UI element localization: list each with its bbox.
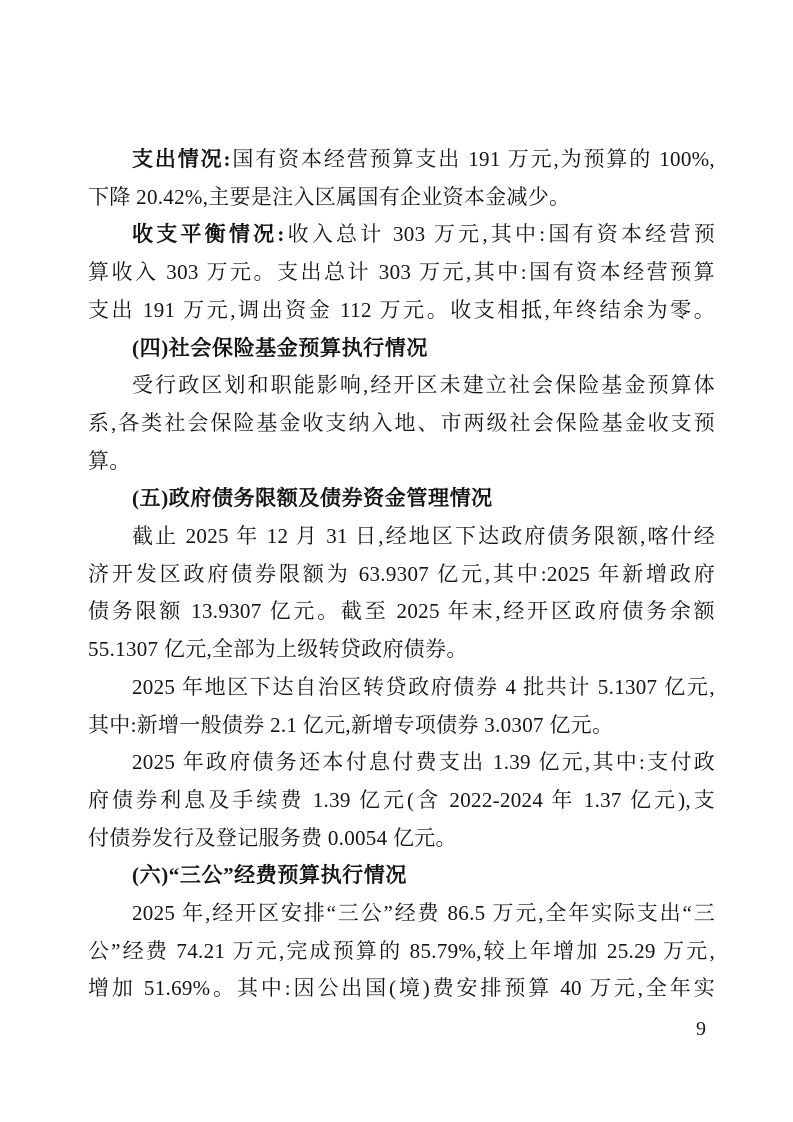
- text-line: 济开发区政府债券限额为 63.9307 亿元,其中:2025 年新增政府: [88, 556, 715, 594]
- text-line: 支出 191 万元,调出资金 112 万元。收支相抵,年终结余为零。: [88, 292, 715, 330]
- bold-lead-in: 支出情况:: [132, 147, 231, 171]
- text-segment: 债务限额 13.9307 亿元。截至 2025 年末,经开区政府债务余额: [88, 599, 715, 623]
- text-segment: 截止 2025 年 12 月 31 日,经地区下达政府债务限额,喀什经: [132, 524, 715, 548]
- text-segment: 济开发区政府债券限额为 63.9307 亿元,其中:2025 年新增政府: [88, 562, 715, 586]
- text-line: 受行政区划和职能影响,经开区未建立社会保险基金预算体: [88, 367, 715, 405]
- text-line: 2025 年政府债务还本付息付费支出 1.39 亿元,其中:支付政: [88, 744, 715, 782]
- bold-lead-in: (五)政府债务限额及债券资金管理情况: [132, 486, 493, 510]
- text-line: 付债券发行及登记服务费 0.0054 亿元。: [88, 820, 715, 858]
- section-heading: (四)社会保险基金预算执行情况: [88, 330, 715, 368]
- text-line: 公”经费 74.21 万元,完成预算的 85.79%,较上年增加 25.29 万…: [88, 933, 715, 971]
- document-page: 支出情况:国有资本经营预算支出 191 万元,为预算的 100%,下降 20.4…: [0, 0, 793, 1122]
- text-segment: 2025 年政府债务还本付息付费支出 1.39 亿元,其中:支付政: [132, 750, 715, 774]
- text-segment: 算收入 303 万元。支出总计 303 万元,其中:国有资本经营预算: [88, 260, 715, 284]
- bold-lead-in: (四)社会保险基金预算执行情况: [132, 336, 428, 360]
- text-line: 其中:新增一般债券 2.1 亿元,新增专项债券 3.0307 亿元。: [88, 707, 715, 745]
- text-line: 债务限额 13.9307 亿元。截至 2025 年末,经开区政府债务余额: [88, 593, 715, 631]
- text-line: 55.1307 亿元,全部为上级转贷政府债券。: [88, 631, 715, 669]
- text-segment: 府债券利息及手续费 1.39 亿元(含 2022-2024 年 1.37 亿元)…: [88, 788, 715, 812]
- text-line: 截止 2025 年 12 月 31 日,经地区下达政府债务限额,喀什经: [88, 518, 715, 556]
- text-line: 府债券利息及手续费 1.39 亿元(含 2022-2024 年 1.37 亿元)…: [88, 782, 715, 820]
- text-line: 系,各类社会保险基金收支纳入地、市两级社会保险基金收支预: [88, 405, 715, 443]
- text-line: 收支平衡情况:收入总计 303 万元,其中:国有资本经营预: [88, 216, 715, 254]
- text-line: 2025 年,经开区安排“三公”经费 86.5 万元,全年实际支出“三: [88, 895, 715, 933]
- text-segment: 系,各类社会保险基金收支纳入地、市两级社会保险基金收支预: [88, 411, 715, 435]
- text-segment: 支出 191 万元,调出资金 112 万元。收支相抵,年终结余为零。: [88, 298, 715, 322]
- text-line: 增加 51.69%。其中:因公出国(境)费安排预算 40 万元,全年实: [88, 970, 715, 1008]
- text-segment: 2025 年地区下达自治区转贷政府债券 4 批共计 5.1307 亿元,: [132, 675, 715, 699]
- text-line: 2025 年地区下达自治区转贷政府债券 4 批共计 5.1307 亿元,: [88, 669, 715, 707]
- section-heading: (六)“三公”经费预算执行情况: [88, 857, 715, 895]
- bold-lead-in: 收支平衡情况:: [132, 222, 285, 246]
- text-line: 算。: [88, 443, 715, 481]
- text-segment: 收入总计 303 万元,其中:国有资本经营预: [285, 222, 715, 246]
- section-heading: (五)政府债务限额及债券资金管理情况: [88, 480, 715, 518]
- document-body: 支出情况:国有资本经营预算支出 191 万元,为预算的 100%,下降 20.4…: [88, 141, 715, 1008]
- text-segment: 算。: [88, 449, 131, 473]
- text-segment: 公”经费 74.21 万元,完成预算的 85.79%,较上年增加 25.29 万…: [88, 939, 715, 963]
- text-segment: 增加 51.69%。其中:因公出国(境)费安排预算 40 万元,全年实: [88, 976, 715, 1000]
- text-segment: 国有资本经营预算支出 191 万元,为预算的 100%,: [231, 147, 715, 171]
- text-segment: 受行政区划和职能影响,经开区未建立社会保险基金预算体: [132, 373, 715, 397]
- text-segment: 其中:新增一般债券 2.1 亿元,新增专项债券 3.0307 亿元。: [88, 713, 613, 737]
- text-segment: 2025 年,经开区安排“三公”经费 86.5 万元,全年实际支出“三: [132, 901, 715, 925]
- text-line: 支出情况:国有资本经营预算支出 191 万元,为预算的 100%,: [88, 141, 715, 179]
- bold-lead-in: (六)“三公”经费预算执行情况: [132, 863, 407, 887]
- text-segment: 下降 20.42%,主要是注入区属国有企业资本金减少。: [88, 185, 570, 209]
- text-line: 算收入 303 万元。支出总计 303 万元,其中:国有资本经营预算: [88, 254, 715, 292]
- text-segment: 付债券发行及登记服务费 0.0054 亿元。: [88, 826, 457, 850]
- text-segment: 55.1307 亿元,全部为上级转贷政府债券。: [88, 637, 468, 661]
- text-line: 下降 20.42%,主要是注入区属国有企业资本金减少。: [88, 179, 715, 217]
- page-number: 9: [686, 1014, 716, 1044]
